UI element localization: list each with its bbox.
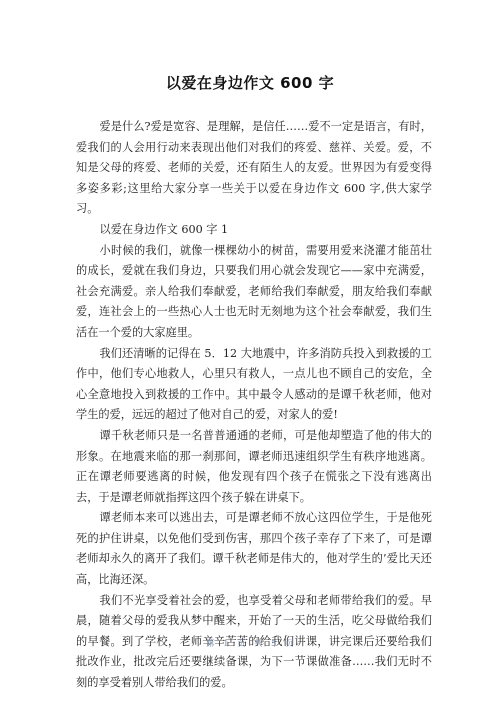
paragraph-intro: 爱是什么?爱是宽容、是理解，是信任……爱不一定是语言，有时，爱我们的人会用行动来… [76, 117, 432, 220]
paragraph: 小时候的我们，就像一棵棵幼小的树苗，需要用爱来浇灌才能茁壮的成长，爱就在我们身边… [76, 241, 432, 344]
current-page-number: 1 [223, 639, 229, 649]
total-pages-number: 5 [271, 639, 277, 649]
paragraph: 谭千秋老师只是一名普普通通的老师，可是他却塑造了他的伟大的形象。在地震来临的那一… [76, 426, 432, 508]
paragraph: 谭老师本来可以逃出去，可是谭老师不放心这四位学生，于是他死死的护住讲桌，以免他们… [76, 508, 432, 590]
page-label-prefix: 第 [206, 639, 215, 649]
page-label-suffix: 页 [285, 639, 294, 649]
page-label: 页 [237, 639, 246, 649]
total-label: 共 [254, 639, 263, 649]
paragraph: 我们还清晰的记得在 5．12 大地震中，许多消防兵投入到救援的工作中，他们专心地… [76, 344, 432, 426]
document-body: 爱是什么?爱是宽容、是理解，是信任……爱不一定是语言，有时，爱我们的人会用行动来… [76, 117, 432, 694]
document-title: 以爱在身边作文 600 字 [0, 72, 500, 93]
page-footer: 第1页共5页 [0, 637, 500, 649]
section-heading: 以爱在身边作文 600 字 1 [76, 220, 432, 241]
